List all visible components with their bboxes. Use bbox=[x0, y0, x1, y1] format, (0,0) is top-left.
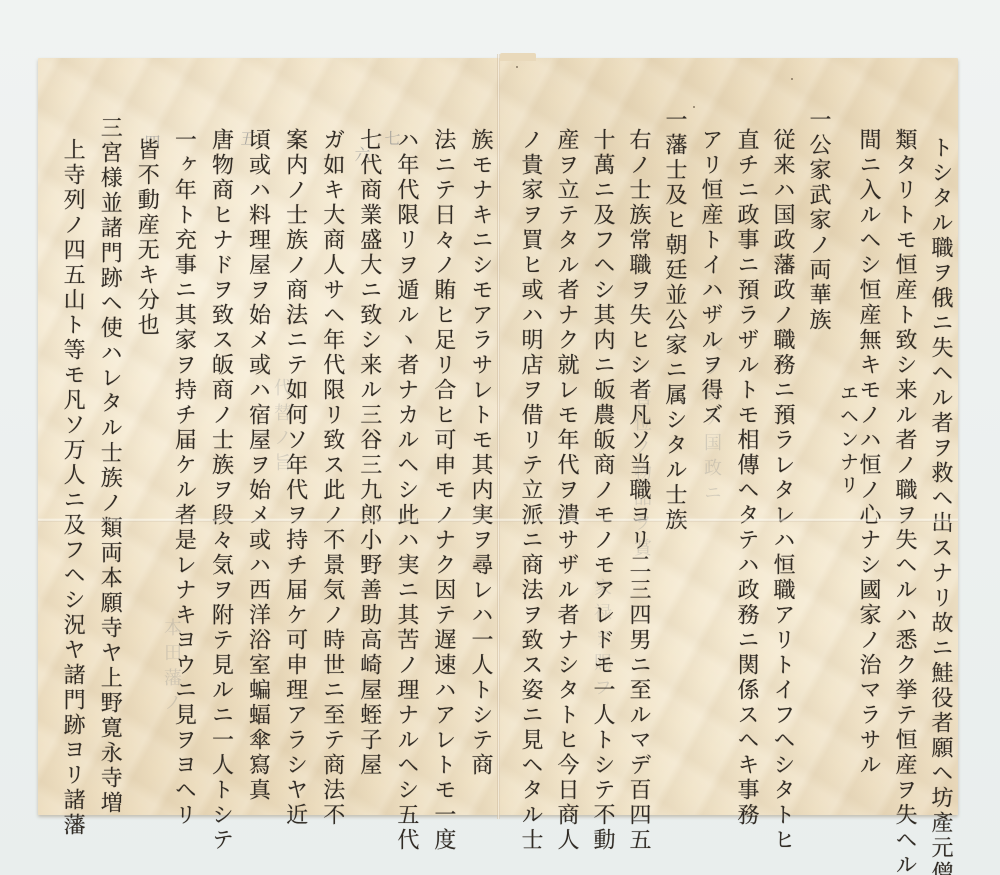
text-column: 法ニテ日々ノ賄ヒ足リ合ヒ可申モノナク因テ遅速ハアレトモ一度 bbox=[431, 128, 454, 788]
text-column: 右ノ士族常職ヲ失ヒシ者凡ソ当職ヨリ二三四男ニ至ルマデ百四五 bbox=[627, 128, 649, 788]
text-column: 一藩士及ヒ朝廷並公家ニ属シタル士族 bbox=[663, 108, 685, 788]
text-column: 一ヶ年ト充事ニ其家ヲ持チ届ケル者是レナキヨウニ見ヲヨヘリ bbox=[171, 128, 194, 788]
center-fold bbox=[497, 54, 500, 819]
left-page: 族モナキニシモアラサレトモ其内実ヲ尋レハ一人トシテ商 法ニテ日々ノ賄ヒ足リ合ヒ可… bbox=[46, 128, 491, 788]
text-column: ハ年代限リヲ遁ルヽ者ナカルヘシ此ハ実ニ其苦ノ理ナルヘシ五代 bbox=[394, 128, 417, 788]
text-column: トシタル職ヲ俄ニ失ヘル者ヲ救ヘ出スナリ故ニ鮭役者願ヘ坊產元僧 bbox=[929, 136, 951, 788]
text-column: アリ恒産トイハザルヲ得ズ bbox=[699, 128, 721, 788]
text-column: 唐物商ヒナドヲ致ス皈商ノ士族ヲ段々気ヲ附テ見ルニ一人トシテ bbox=[208, 128, 231, 788]
text-column: 七代商業盛大ニ致シ来ル三谷三九郎小野善助高崎屋蛭子屋 bbox=[357, 128, 380, 788]
scanned-document: 一人ヲ以テ国政ニ 官位ノ物品ヲ賞 家禄ヲ賜フ 本田藩ノ 代替ノ旨 七 六 五 四… bbox=[0, 0, 1000, 875]
text-column-note: エヘンナリ bbox=[839, 383, 857, 788]
text-column: 直チニ政事ニ預ラザルトモ相傳ヘタテハ政務ニ関係スヘキ事務 bbox=[735, 128, 757, 788]
text-column: ノ貴家ヲ買ヒ或ハ明店ヲ借リテ立派ニ商法ヲ致ス姿ニ見ヘタル士 bbox=[519, 128, 541, 788]
text-column: 案内ノ士族ノ商法ニテ如何ソ年代ヲ持チ届ケ可申理アラシヤ近 bbox=[283, 128, 306, 788]
text-column: 頃或ハ料理屋ヲ始メ或ハ宿屋ヲ始メ或ハ西洋浴室蝙蝠傘寫真 bbox=[245, 128, 268, 788]
text-column: 類タリトモ恒産ト致シ来ル者ノ職ヲ失ヘルハ悉ク挙テ恒産ヲ失ヘル仲 bbox=[893, 128, 915, 788]
text-column: 三宮様並諸門跡ヘ使ハレタル士族ノ類両本願寺ヤ上野寛永寺増 bbox=[97, 116, 120, 788]
text-column: 十萬ニ及フヘシ其内ニ皈農皈商ノモノモアレドモ一人トシテ不動 bbox=[591, 128, 613, 788]
text-column: 上寺列ノ四五山ト等モ凡ソ万人ニ及フヘシ況ヤ諸門跡ヨリ諸藩 bbox=[60, 138, 83, 788]
text-column: 皆不動産无キ分也 bbox=[134, 138, 157, 788]
text-column: 間ニ入ルヘシ恒産無キモノハ恒ノ心ナシ國家ノ治マラサル bbox=[857, 128, 879, 788]
right-page: トシタル職ヲ俄ニ失ヘル者ヲ救ヘ出スナリ故ニ鮭役者願ヘ坊產元僧 類タリトモ恒産ト致… bbox=[513, 128, 951, 788]
paper-tab bbox=[500, 53, 536, 61]
text-column: ガ如キ大商人サヘ年代限リ致ス此ノ不景気ノ時世ニ至テ商法不 bbox=[320, 128, 343, 788]
text-column: 従来ハ国政藩政ノ職務ニ預ラレタレハ恒職アリトイフヘシタトヒ bbox=[771, 128, 793, 788]
text-column: 産ヲ立テタル者ナク就レモ年代ヲ潰サザル者ナシタトヒ今日商人 bbox=[555, 128, 577, 788]
text-column: 族モナキニシモアラサレトモ其内実ヲ尋レハ一人トシテ商 bbox=[468, 128, 491, 788]
text-column: 一公家武家ノ両華族 bbox=[807, 108, 829, 788]
paper-sheet: 一人ヲ以テ国政ニ 官位ノ物品ヲ賞 家禄ヲ賜フ 本田藩ノ 代替ノ旨 七 六 五 四… bbox=[38, 58, 958, 815]
